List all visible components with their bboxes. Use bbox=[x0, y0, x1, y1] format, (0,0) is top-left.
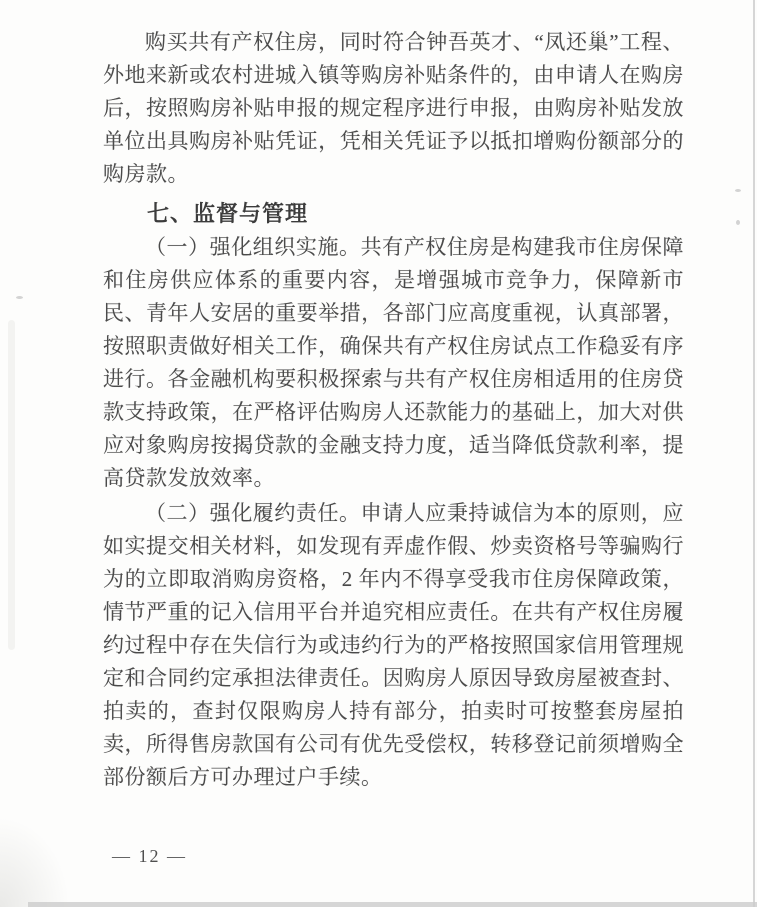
scan-speckle bbox=[16, 296, 23, 299]
paragraph-item-two-compliance: （二）强化履约责任。申请人应秉持诚信为本的原则，应如实提交相关材料，如发现有弄虚… bbox=[103, 497, 684, 794]
paragraph-item-one-organization: （一）强化组织实施。共有产权住房是构建我市住房保障和住房供应体系的重要内容，是增… bbox=[103, 231, 684, 495]
document-body: 购买共有产权住房，同时符合钟吾英才、“凤还巢”工程、外地来新或农村进城入镇等购房… bbox=[103, 26, 684, 794]
scan-speckle bbox=[735, 189, 741, 192]
scan-edge-line bbox=[753, 0, 755, 907]
scanned-document-page: 购买共有产权住房，同时符合钟吾英才、“凤还巢”工程、外地来新或农村进城入镇等购房… bbox=[0, 0, 757, 907]
scan-left-smudge bbox=[8, 320, 15, 650]
scan-speckle bbox=[736, 220, 740, 225]
scan-corner-shadow bbox=[0, 817, 70, 907]
paragraph-purchase-subsidy: 购买共有产权住房，同时符合钟吾英才、“凤还巢”工程、外地来新或农村进城入镇等购房… bbox=[103, 26, 684, 191]
section-heading-supervision-management: 七、监督与管理 bbox=[103, 197, 684, 230]
scan-bottom-edge bbox=[28, 902, 757, 907]
page-number: — 12 — bbox=[112, 846, 187, 867]
